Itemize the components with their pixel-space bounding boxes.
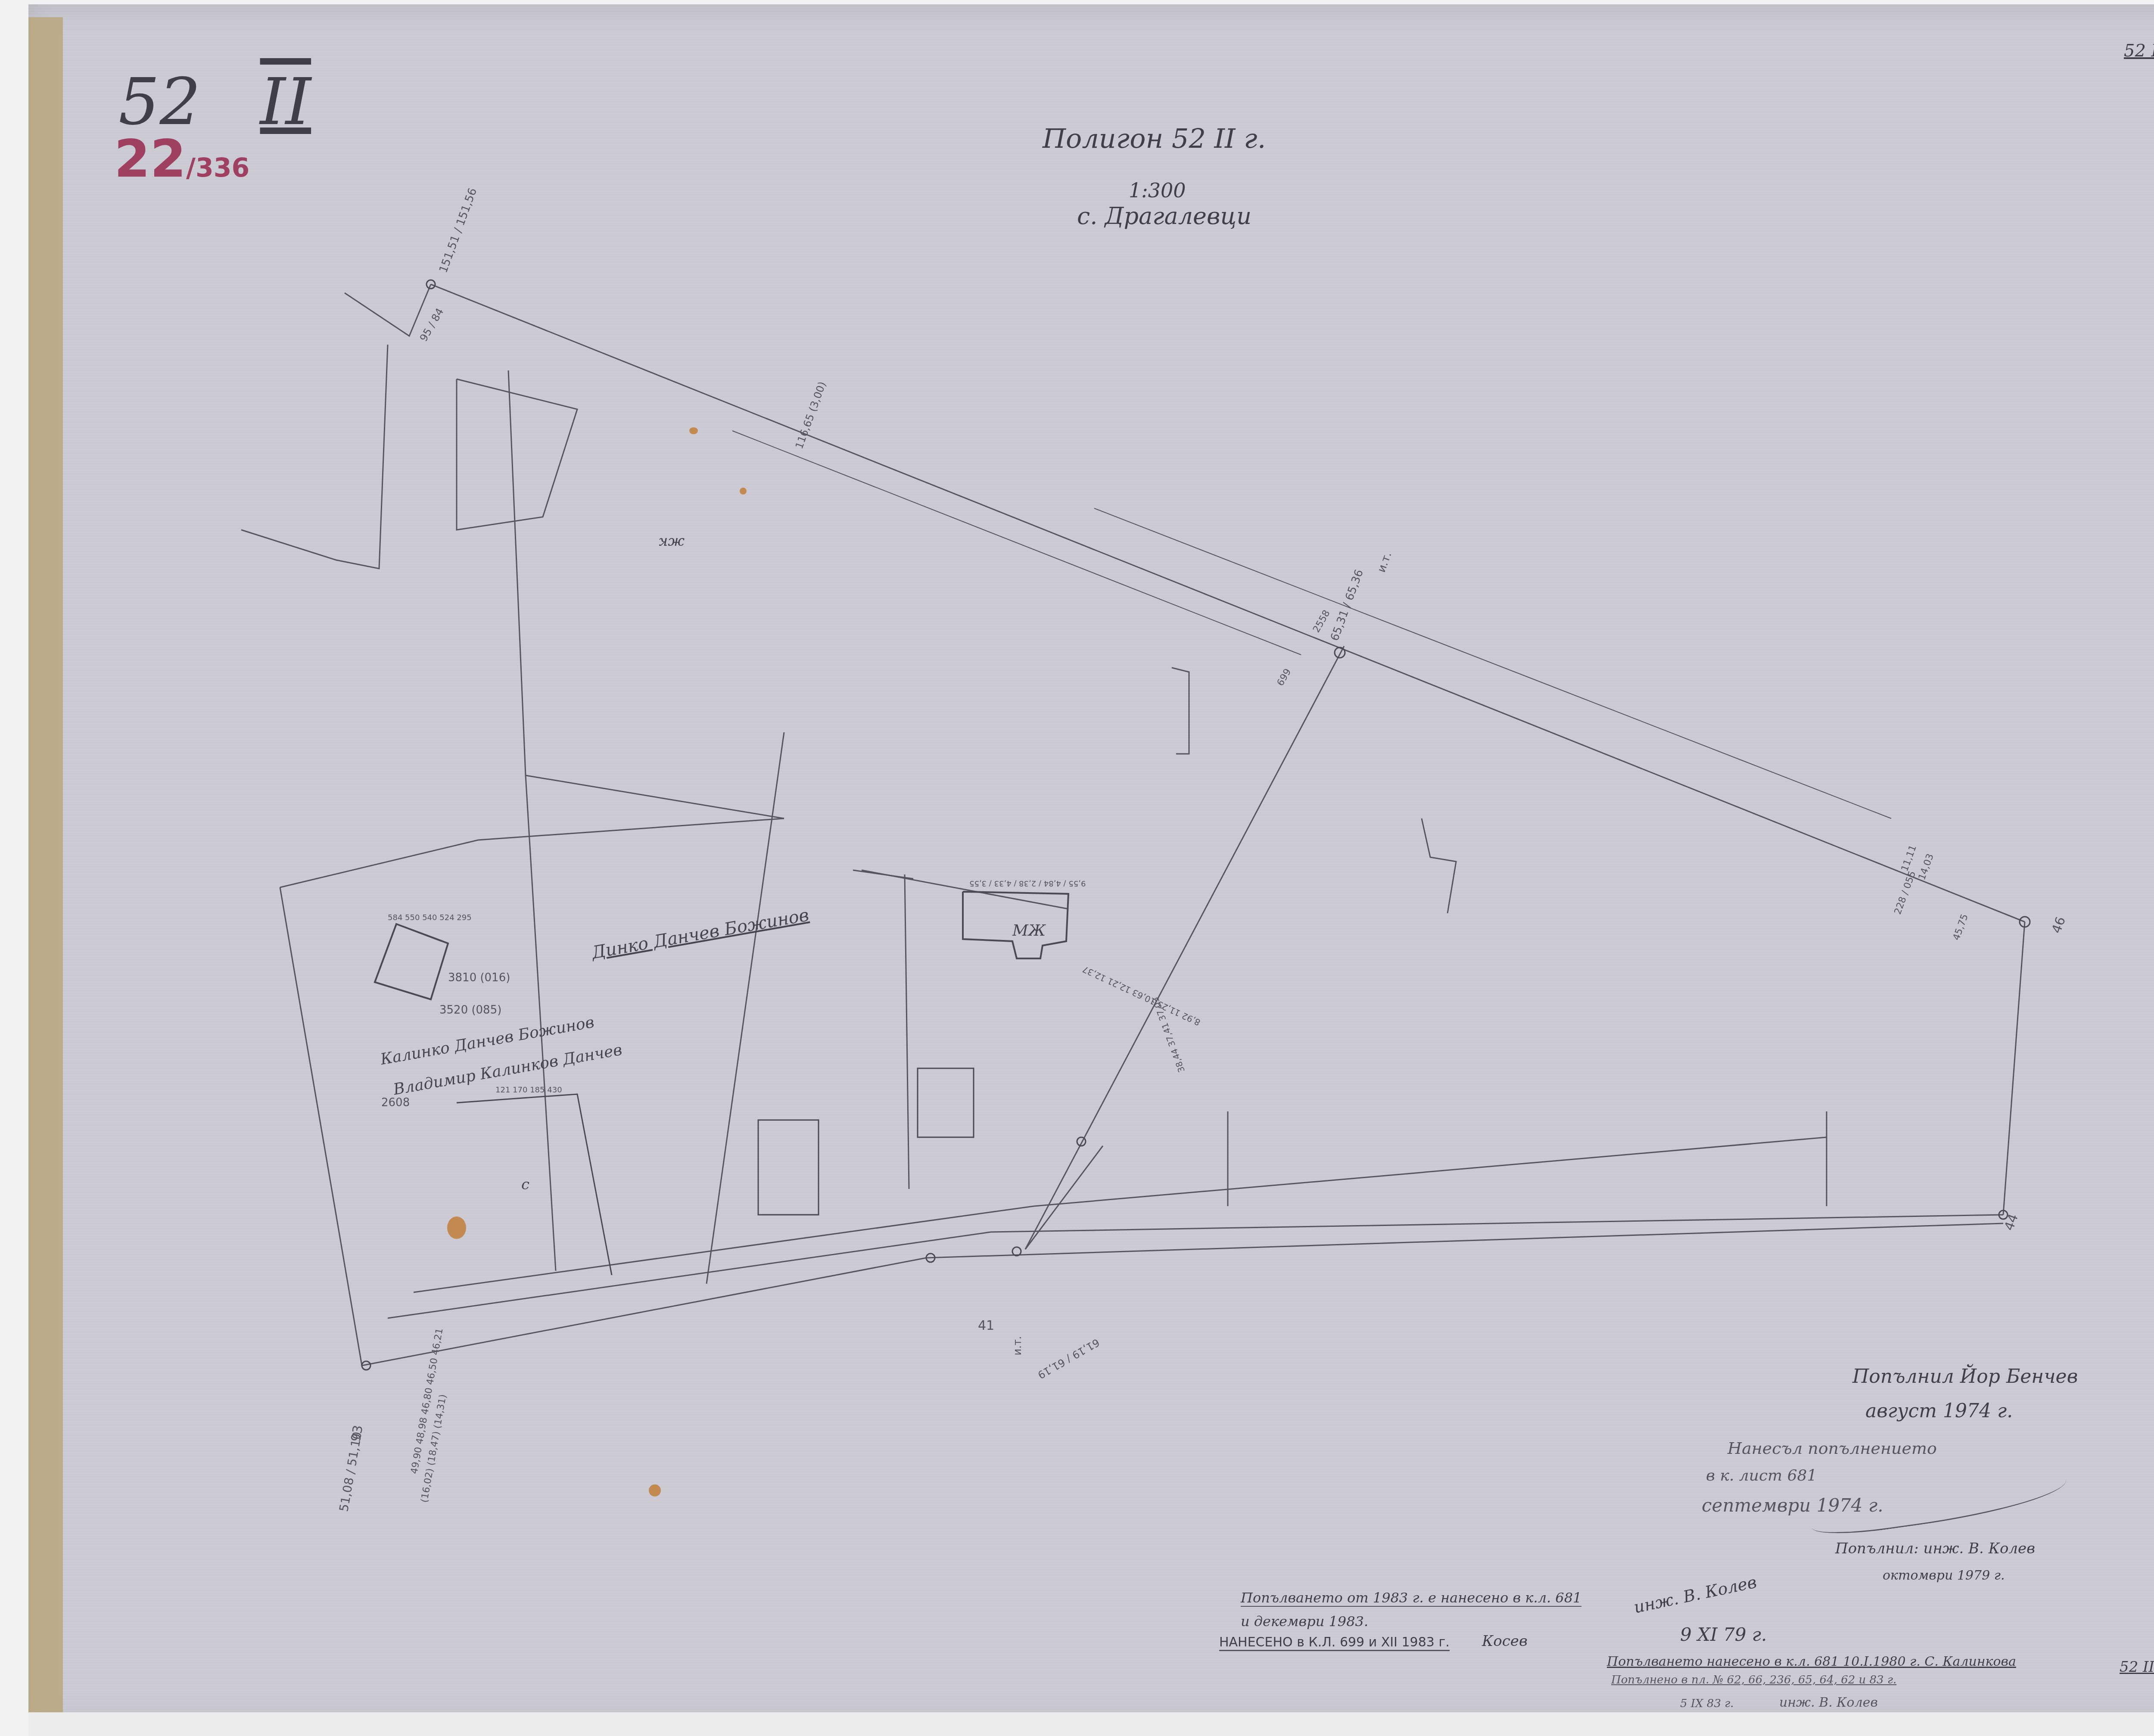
measure-label: и.т. — [1012, 1336, 1024, 1356]
change-1980-line2: Попълнено в пл. № 62, 66, 236, 65, 64, 6… — [1611, 1674, 1896, 1686]
measure-label: 584 550 540 524 295 — [388, 913, 472, 922]
change-1983-line1: Попълването от 1983 г. е нанесено в к.л.… — [1241, 1590, 1581, 1607]
building-label: МЖ — [1012, 922, 1046, 940]
change-1980-line1: Попълването нанесено в к.л. 681 10.I.198… — [1607, 1654, 2016, 1669]
point-number: 41 — [978, 1318, 994, 1333]
stain — [740, 488, 747, 495]
measure-label: 3810 (016) — [448, 971, 510, 984]
map-scale: 1:300 — [1129, 179, 1186, 202]
change-1983-signature: Косев — [1482, 1633, 1528, 1650]
archive-number-sub: /336 — [186, 153, 249, 183]
measure-label: 121 170 185 430 — [495, 1086, 562, 1095]
building-house-left — [375, 924, 448, 999]
village-name: с. Драгалевци — [1077, 202, 1251, 230]
archive-number: 22/336 — [114, 129, 249, 189]
measure-label: 2608 — [381, 1096, 410, 1109]
survey-points — [362, 280, 2030, 1370]
measure-label: 93 — [349, 1424, 366, 1443]
measure-label: 3520 (085) — [439, 1004, 501, 1017]
changes-note-line1: Нанесъл попълнението — [1728, 1439, 1937, 1458]
building-label: с — [521, 1176, 529, 1193]
stain — [689, 427, 698, 434]
date-stamp: 9 XI 79 г. — [1680, 1624, 1767, 1645]
compiled-by-note: Попълнил Йор Бенчев — [1852, 1366, 2078, 1388]
change-1983-line3: НАНЕСЕНО в К.Л. 699 и XII 1983 г. — [1219, 1635, 1450, 1651]
change-1980-signature: инж. В. Колев — [1779, 1695, 1878, 1710]
building-lower-middle — [457, 1068, 974, 1275]
stain — [649, 1484, 661, 1496]
sheet-number: 52 II — [118, 65, 311, 140]
cadastral-map — [0, 0, 2154, 1736]
corner-number: 52 II — [2124, 41, 2154, 61]
bottom-right-number: 52 II — [2120, 1658, 2154, 1676]
checked-by-note: Попълнил: инж. В. Колев — [1835, 1540, 2035, 1557]
building-label: жк — [659, 534, 685, 551]
compiled-date: август 1974 г. — [1865, 1400, 2013, 1422]
measure-label: 9,55 / 4,84 / 2,38 / 4,33 / 3,55 — [969, 879, 1086, 888]
sheet-number-arabic: 52 — [118, 65, 201, 140]
stain — [447, 1216, 466, 1239]
sheet-number-roman: II — [260, 65, 311, 140]
date-1983-small: 5 IX 83 г. — [1680, 1697, 1734, 1710]
checked-date: октомври 1979 г. — [1883, 1568, 2005, 1583]
archive-number-main: 22 — [114, 129, 186, 189]
change-1983-line2: и декември 1983. — [1241, 1613, 1368, 1630]
map-title: Полигон 52 II г. — [1043, 123, 1266, 154]
changes-note-line2: в к. лист 681 — [1706, 1467, 1817, 1484]
parcel-lines — [241, 284, 2025, 1366]
